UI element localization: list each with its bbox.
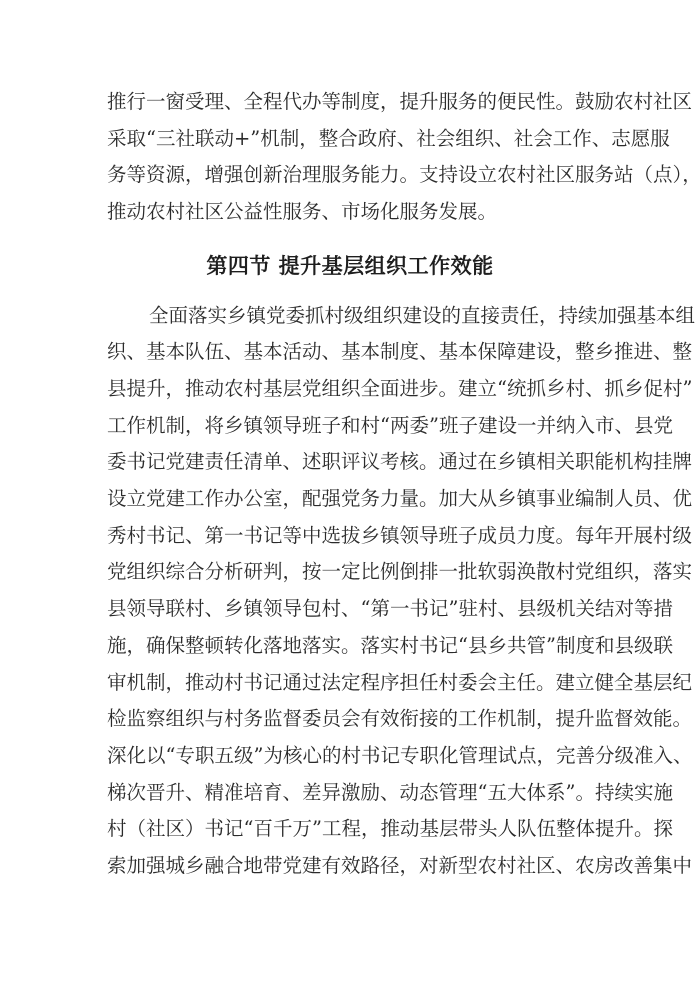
text-line: 推行一窗受理、全程代办等制度，提升服务的便民性。鼓励农村社区 <box>107 90 593 114</box>
text-line: 深化以“专职五级”为核心的村书记专职化管理试点，完善分级准入、 <box>107 744 593 768</box>
text-line: 工作机制，将乡镇领导班子和村“两委”班子建设一并纳入市、县党 <box>107 414 593 438</box>
text-line: 村（社区）书记“百千万”工程，推动基层带头人队伍整体提升。探 <box>107 817 593 841</box>
text-line: 全面落实乡镇党委抓村级组织建设的直接责任，持续加强基本组 <box>149 304 593 328</box>
text-line: 施，确保整顿转化落地落实。落实村书记“县乡共管”制度和县级联 <box>107 634 593 658</box>
text-line: 党组织综合分析研判，按一定比例倒排一批软弱涣散村党组织，落实 <box>107 560 593 584</box>
text-line: 索加强城乡融合地带党建有效路径，对新型农村社区、农房改善集中 <box>107 854 593 878</box>
text-line: 审机制，推动村书记通过法定程序担任村委会主任。建立健全基层纪 <box>107 671 593 695</box>
text-line: 推动农村社区公益性服务、市场化服务发展。 <box>107 200 593 224</box>
text-line: 务等资源，增强创新治理服务能力。支持设立农村社区服务站（点）， <box>107 163 593 187</box>
text-line: 采取“三社联动+”机制，整合政府、社会组织、社会工作、志愿服 <box>107 127 593 151</box>
text-line: 检监察组织与村务监督委员会有效衔接的工作机制，提升监督效能。 <box>107 707 593 731</box>
document-page: 推行一窗受理、全程代办等制度，提升服务的便民性。鼓励农村社区 采取“三社联动+”… <box>0 0 700 990</box>
section-heading: 第四节 提升基层组织工作效能 <box>0 252 700 280</box>
text-line: 设立党建工作办公室，配强党务力量。加大从乡镇事业编制人员、优 <box>107 487 593 511</box>
text-line: 梯次晋升、精准培育、差异激励、动态管理“五大体系”。持续实施 <box>107 781 593 805</box>
text-line: 织、基本队伍、基本活动、基本制度、基本保障建设，整乡推进、整 <box>107 340 593 364</box>
text-line: 县领导联村、乡镇领导包村、“第一书记”驻村、县级机关结对等措 <box>107 597 593 621</box>
text-line: 县提升，推动农村基层党组织全面进步。建立“统抓乡村、抓乡促村” <box>107 377 593 401</box>
text-line: 秀村书记、第一书记等中选拔乡镇领导班子成员力度。每年开展村级 <box>107 524 593 548</box>
text-line: 委书记党建责任清单、述职评议考核。通过在乡镇相关职能机构挂牌 <box>107 450 593 474</box>
